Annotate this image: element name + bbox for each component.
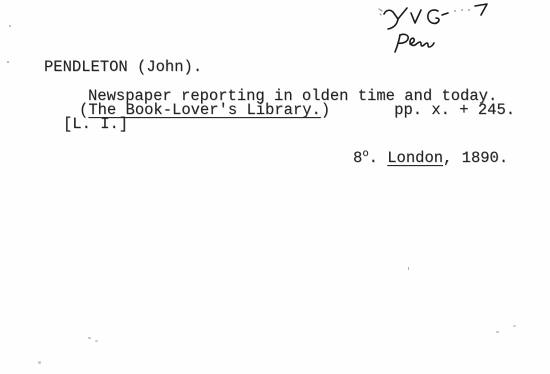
handwritten-letter-Y: [384, 8, 407, 29]
pagination: pp. x. + 245.: [394, 101, 515, 119]
shelfmark: [L. I.]: [63, 116, 128, 133]
scan-speck: [513, 325, 516, 327]
scan-speck: [38, 361, 41, 364]
scan-speck: [88, 337, 91, 339]
imprint-separator: .: [369, 149, 388, 167]
handwritten-letter-P: [395, 34, 408, 52]
handwritten-letter-G: [428, 10, 448, 23]
author-heading: PENDLETON (John).: [44, 59, 202, 76]
format-number: 8: [353, 149, 362, 167]
scan-speck: [9, 25, 11, 27]
pen-corner-mark: [475, 4, 487, 15]
scan-speck: [7, 61, 9, 63]
scan-speck: [496, 331, 499, 333]
series-line: (The Book-Lover's Library.)pp. x. + 245.: [79, 102, 515, 119]
series-close-paren: ): [321, 101, 330, 119]
pen-dots: [454, 9, 470, 12]
handwritten-letter-V: [411, 10, 421, 23]
imprint-tail: , 1890.: [443, 149, 508, 167]
imprint-place: London: [387, 149, 443, 167]
pen-ticks: [379, 9, 382, 15]
catalog-card: PENDLETON (John). Newspaper reporting in…: [0, 0, 550, 374]
handwritten-letters-en: [410, 38, 434, 47]
scan-speck: [408, 267, 409, 270]
handwritten-annotation: [378, 0, 503, 58]
scan-speck: [95, 340, 98, 342]
imprint-line: 8o. London, 1890.: [353, 146, 508, 167]
